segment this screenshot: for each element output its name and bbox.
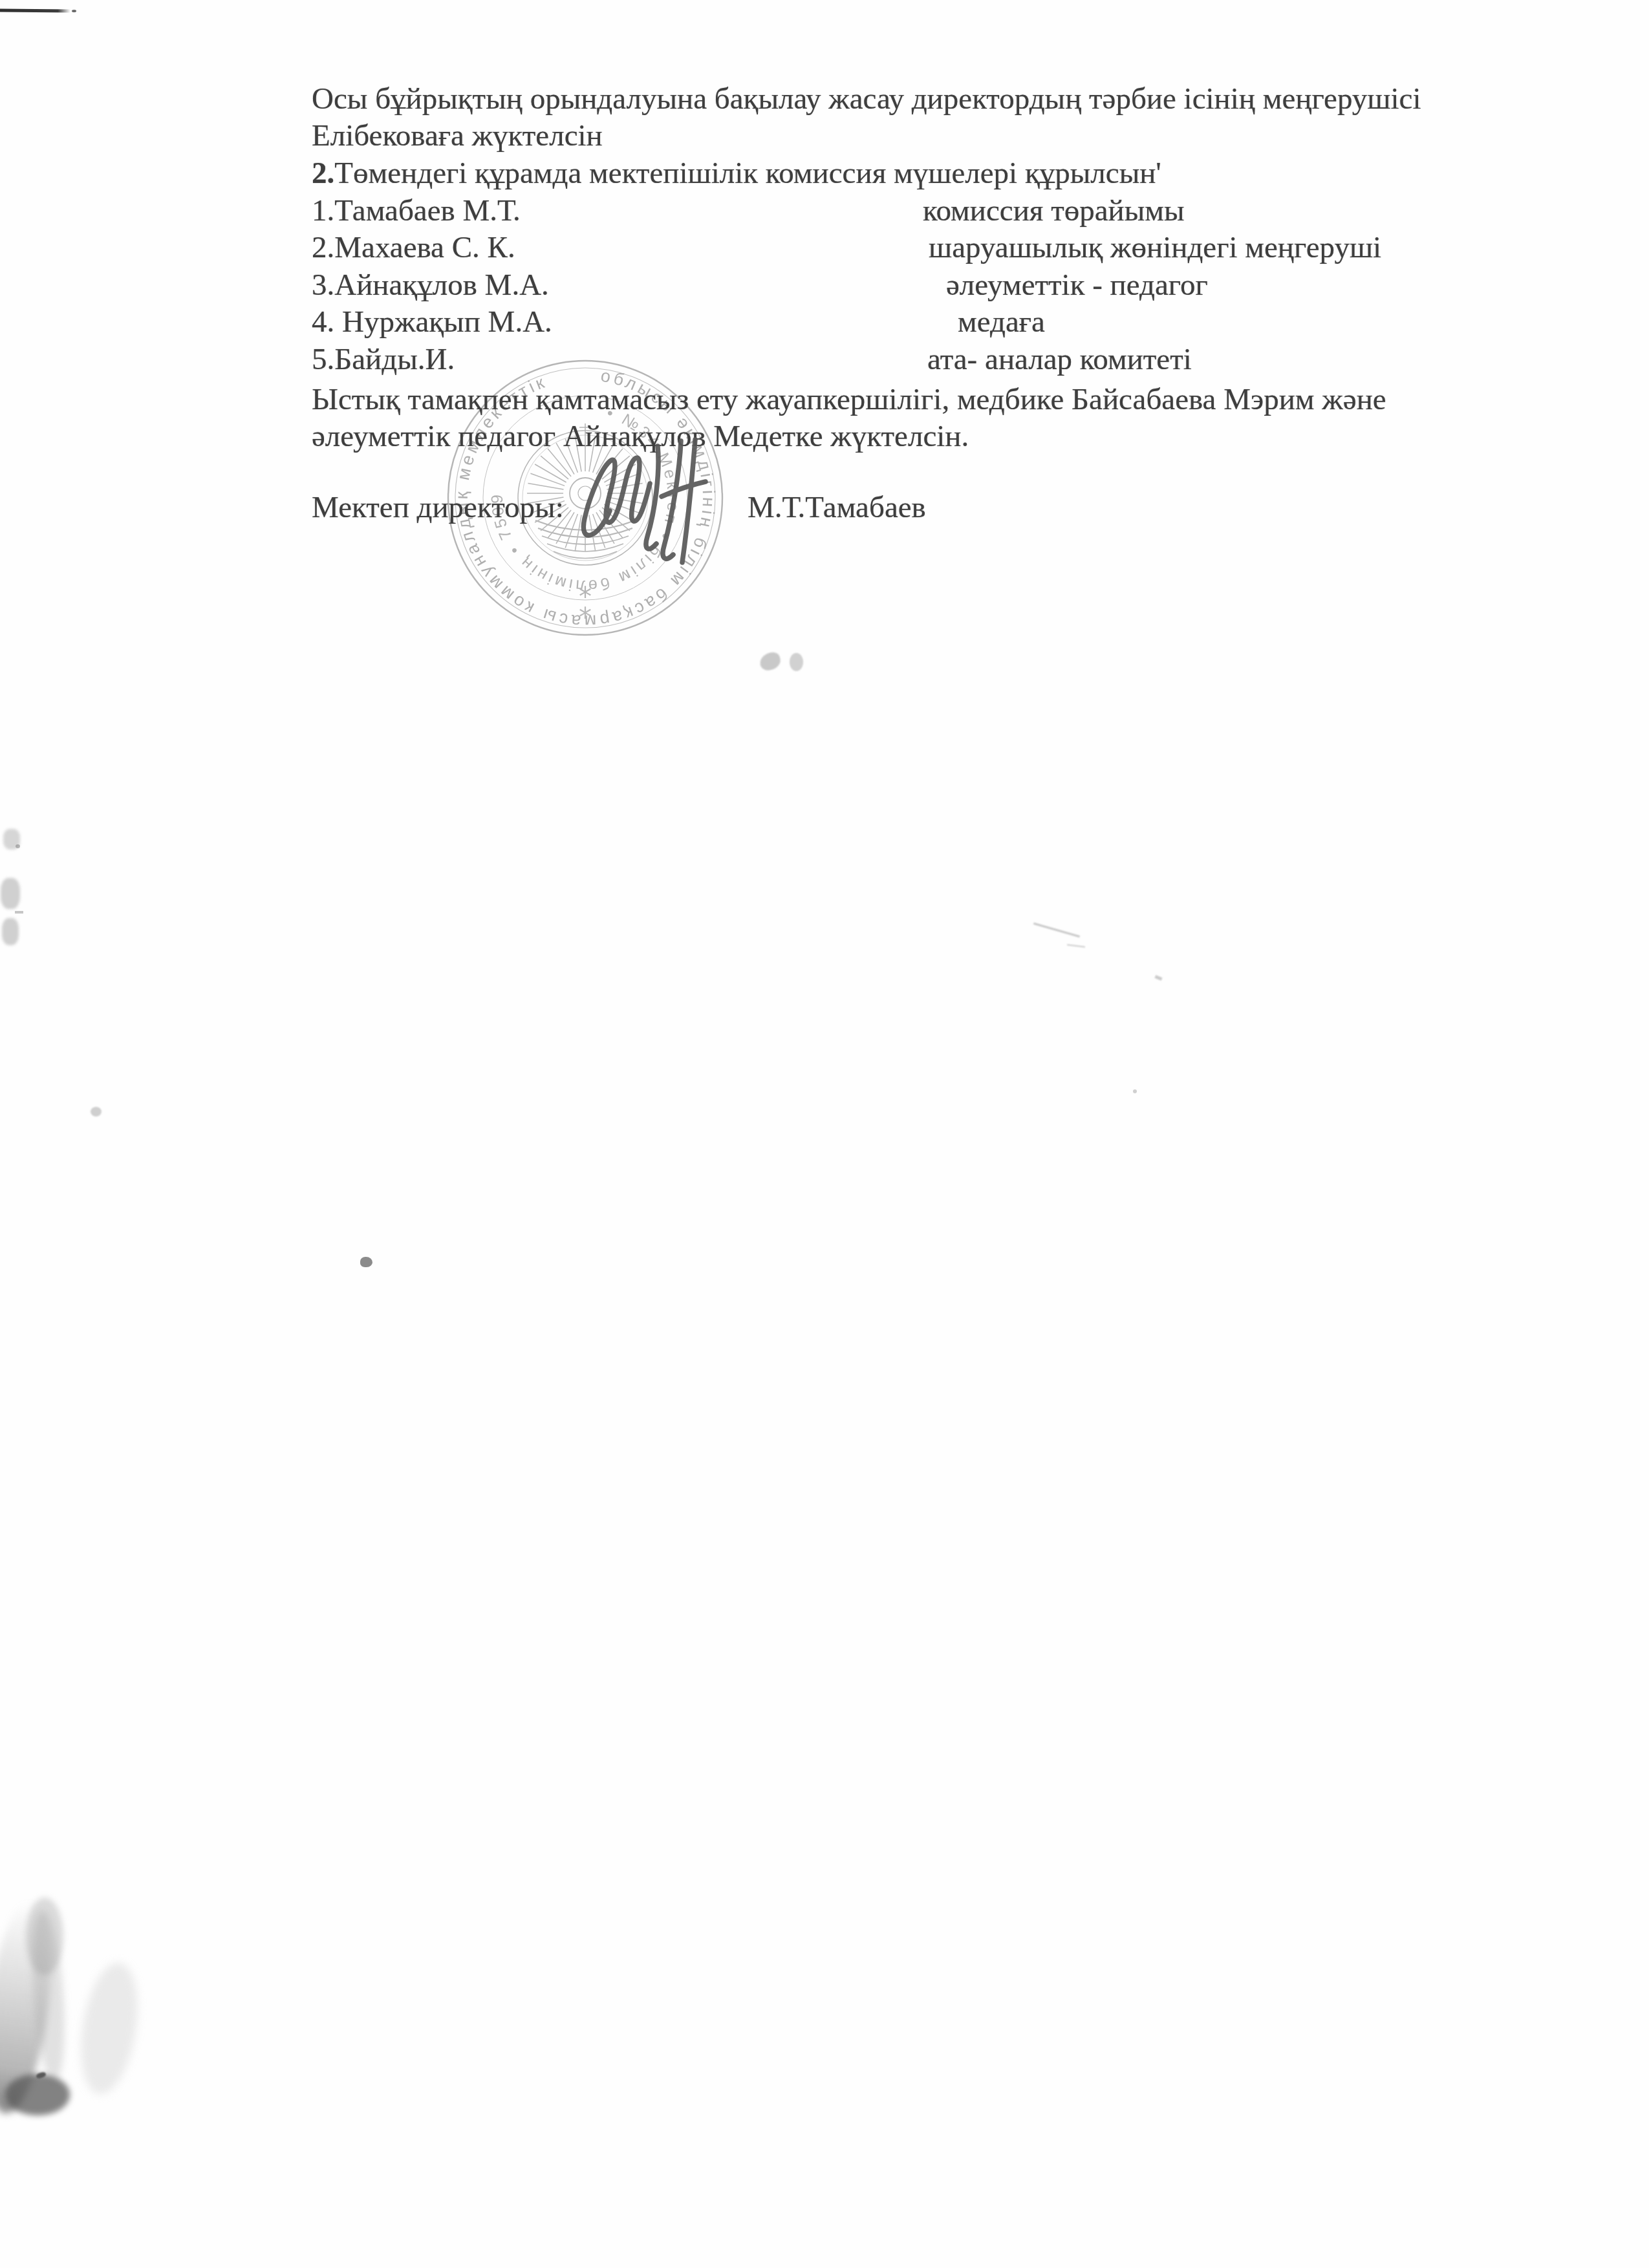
commission-member-row: 4. Нуржақып М.А. медаға <box>312 304 552 341</box>
scan-edge-mark <box>2 918 19 945</box>
member-name: 2.Махаева С. К. <box>312 231 515 264</box>
order-control-line1: Осы бұйрықтың орындалуына бақылау жасау … <box>312 81 1421 118</box>
scan-smudge-dark-blob <box>5 2074 70 2115</box>
member-name: 3.Айнақұлов М.А. <box>312 268 549 302</box>
scan-edge-mark <box>15 911 23 914</box>
commission-member-row: 5.Байды.И. ата- аналар комитеті <box>312 341 455 378</box>
member-role: медаға <box>958 304 1045 341</box>
commission-member-row: 3.Айнақұлов М.А. әлеуметтік - педагог <box>312 267 549 304</box>
scan-speck <box>758 650 782 672</box>
scan-pencil-mark <box>1154 975 1162 981</box>
scan-edge-mark <box>16 844 20 848</box>
scan-speck <box>360 1257 372 1267</box>
scan-smudge <box>0 1898 61 2117</box>
member-name: 5.Байды.И. <box>312 343 455 376</box>
item-number: 2. <box>312 156 334 190</box>
scan-artifact-top-line <box>0 9 70 13</box>
director-name: М.Т.Тамабаев <box>748 489 926 526</box>
scan-speck <box>1133 1089 1137 1093</box>
scan-artifact-top-dot <box>72 10 76 12</box>
scan-smudge-dash <box>36 2071 47 2079</box>
order-control-line2: Елібековаға жүктелсін <box>312 118 603 155</box>
scan-edge-mark <box>3 829 20 850</box>
item-text: Төмендегі құрамда мектепішілік комиссия … <box>334 156 1161 190</box>
director-label: Мектеп директоры: <box>312 491 564 524</box>
order-item-2: 2.Төмендегі құрамда мектепішілік комисси… <box>312 155 1161 192</box>
member-role: әлеуметтік - педагог <box>946 267 1208 304</box>
scan-edge-mark <box>1 878 20 909</box>
scan-pencil-mark <box>1067 944 1085 947</box>
scan-pencil-mark <box>1033 923 1080 937</box>
member-role: комиссия төрайымы <box>923 193 1185 230</box>
scan-smudge <box>26 1898 63 1975</box>
scan-speck <box>91 1107 102 1117</box>
member-role: ата- аналар комитеті <box>927 341 1192 378</box>
scan-smudge <box>72 1959 145 2098</box>
responsibility-line1: Ыстық тамақпен қамтамасыз ету жауапкерші… <box>312 381 1386 418</box>
commission-member-row: 2.Махаева С. К. шаруашылық жөніндегі мең… <box>312 230 515 266</box>
stamp-asterisk: * <box>579 603 592 633</box>
signature-row: Мектеп директоры: М.Т.Тамабаев <box>312 489 564 526</box>
scanned-document-page: облысы әкімдігінің білім басқармасы комм… <box>0 0 1649 2268</box>
director-signature <box>572 434 737 577</box>
member-name: 1.Тамабаев М.Т. <box>312 194 521 228</box>
scan-speck <box>790 653 803 671</box>
scan-smudge <box>28 1910 69 2083</box>
member-name: 4. Нуржақып М.А. <box>312 305 552 339</box>
commission-member-row: 1.Тамабаев М.Т. комиссия төрайымы <box>312 193 521 230</box>
member-role: шаруашылық жөніндегі меңгеруші <box>929 230 1381 266</box>
